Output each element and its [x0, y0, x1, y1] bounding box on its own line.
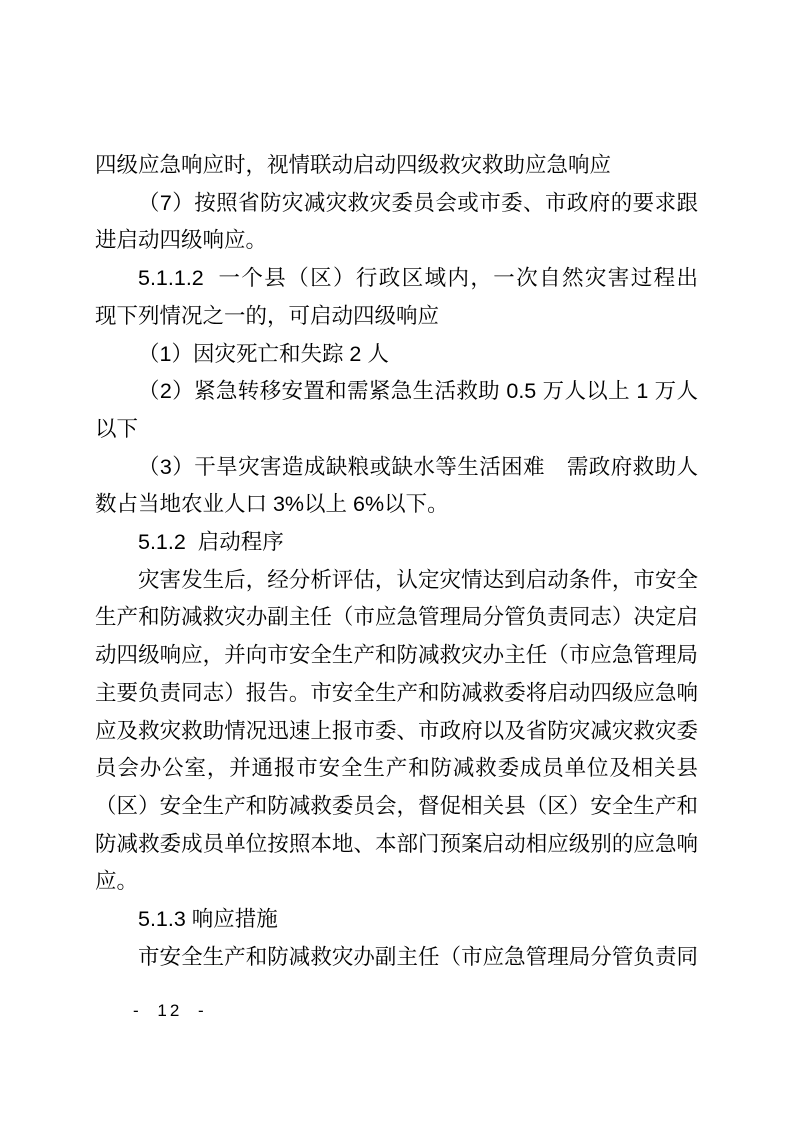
text-line: 生产和防减救灾办副主任（市应急管理局分管负责同志）决定启 [95, 599, 698, 637]
text-line: 进启动四级响应。 [95, 222, 698, 260]
text-line: 现下列情况之一的，可启动四级响应 [95, 298, 698, 336]
text-line: 防减救委成员单位按照本地、本部门预案启动相应级别的应急响 [95, 826, 698, 864]
text-line: （7）按照省防灾减灾救灾委员会或市委、市政府的要求跟 [95, 185, 698, 223]
text-line: 5.1.3 响应措施 [95, 901, 698, 939]
text-line: （2）紧急转移安置和需紧急生活救助 0.5 万人以上 1 万人 [95, 373, 698, 411]
text-block: 四级应急响应时，视情联动启动四级救灾救助应急响应（7）按照省防灾减灾救灾委员会或… [95, 147, 698, 976]
text-line: 四级应急响应时，视情联动启动四级救灾救助应急响应 [95, 147, 698, 185]
document-page: 四级应急响应时，视情联动启动四级救灾救助应急响应（7）按照省防灾减灾救灾委员会或… [0, 0, 793, 1122]
text-line: 数占当地农业人口 3%以上 6%以下。 [95, 486, 698, 524]
text-line: 应。 [95, 863, 698, 901]
text-line: 员会办公室，并通报市安全生产和防减救委成员单位及相关县 [95, 750, 698, 788]
text-line: 市安全生产和防减救灾办副主任（市应急管理局分管负责同 [95, 939, 698, 977]
text-line: 以下 [95, 411, 698, 449]
text-line: 灾害发生后，经分析评估，认定灾情达到启动条件，市安全 [95, 562, 698, 600]
text-line: （3）干旱灾害造成缺粮或缺水等生活困难 需政府救助人 [95, 449, 698, 487]
text-line: （区）安全生产和防减救委员会，督促相关县（区）安全生产和 [95, 788, 698, 826]
text-line: 动四级响应，并向市安全生产和防减救灾办主任（市应急管理局 [95, 637, 698, 675]
text-line: 5.1.2 启动程序 [95, 524, 698, 562]
text-line: 主要负责同志）报告。市安全生产和防减救委将启动四级应急响 [95, 675, 698, 713]
text-line: （1）因灾死亡和失踪 2 人 [95, 336, 698, 374]
page-number: - 12 - [133, 1001, 207, 1021]
text-line: 5.1.1.2 一个县（区）行政区域内，一次自然灾害过程出 [95, 260, 698, 298]
text-line: 应及救灾救助情况迅速上报市委、市政府以及省防灾减灾救灾委 [95, 713, 698, 751]
